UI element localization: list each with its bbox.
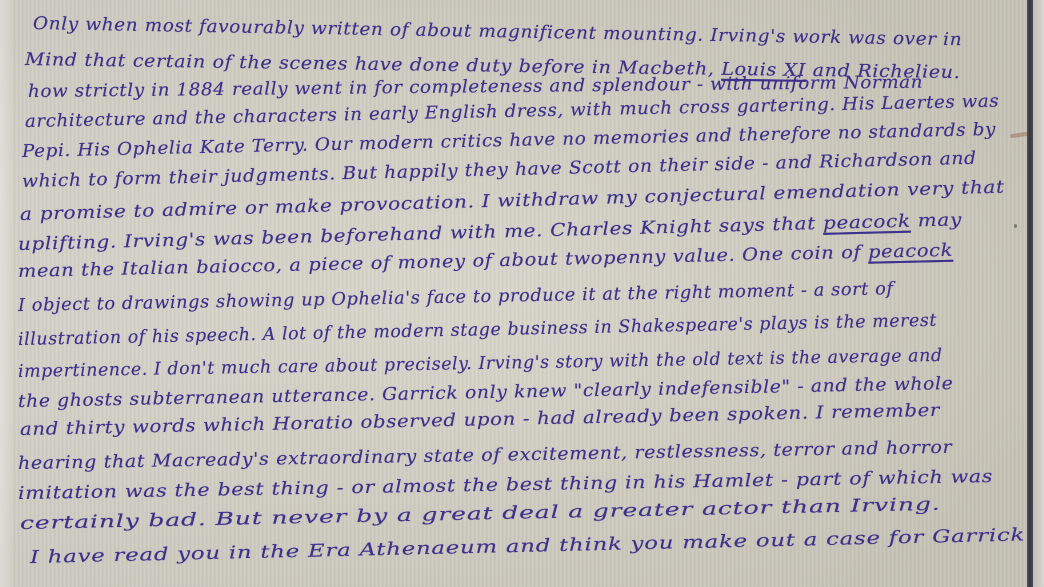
background-beyond-page: [1033, 0, 1044, 587]
letter-photograph: Only when most favourably written of abo…: [0, 0, 1044, 587]
paper-speck: [1014, 224, 1017, 228]
left-page-margin: [0, 0, 12, 587]
